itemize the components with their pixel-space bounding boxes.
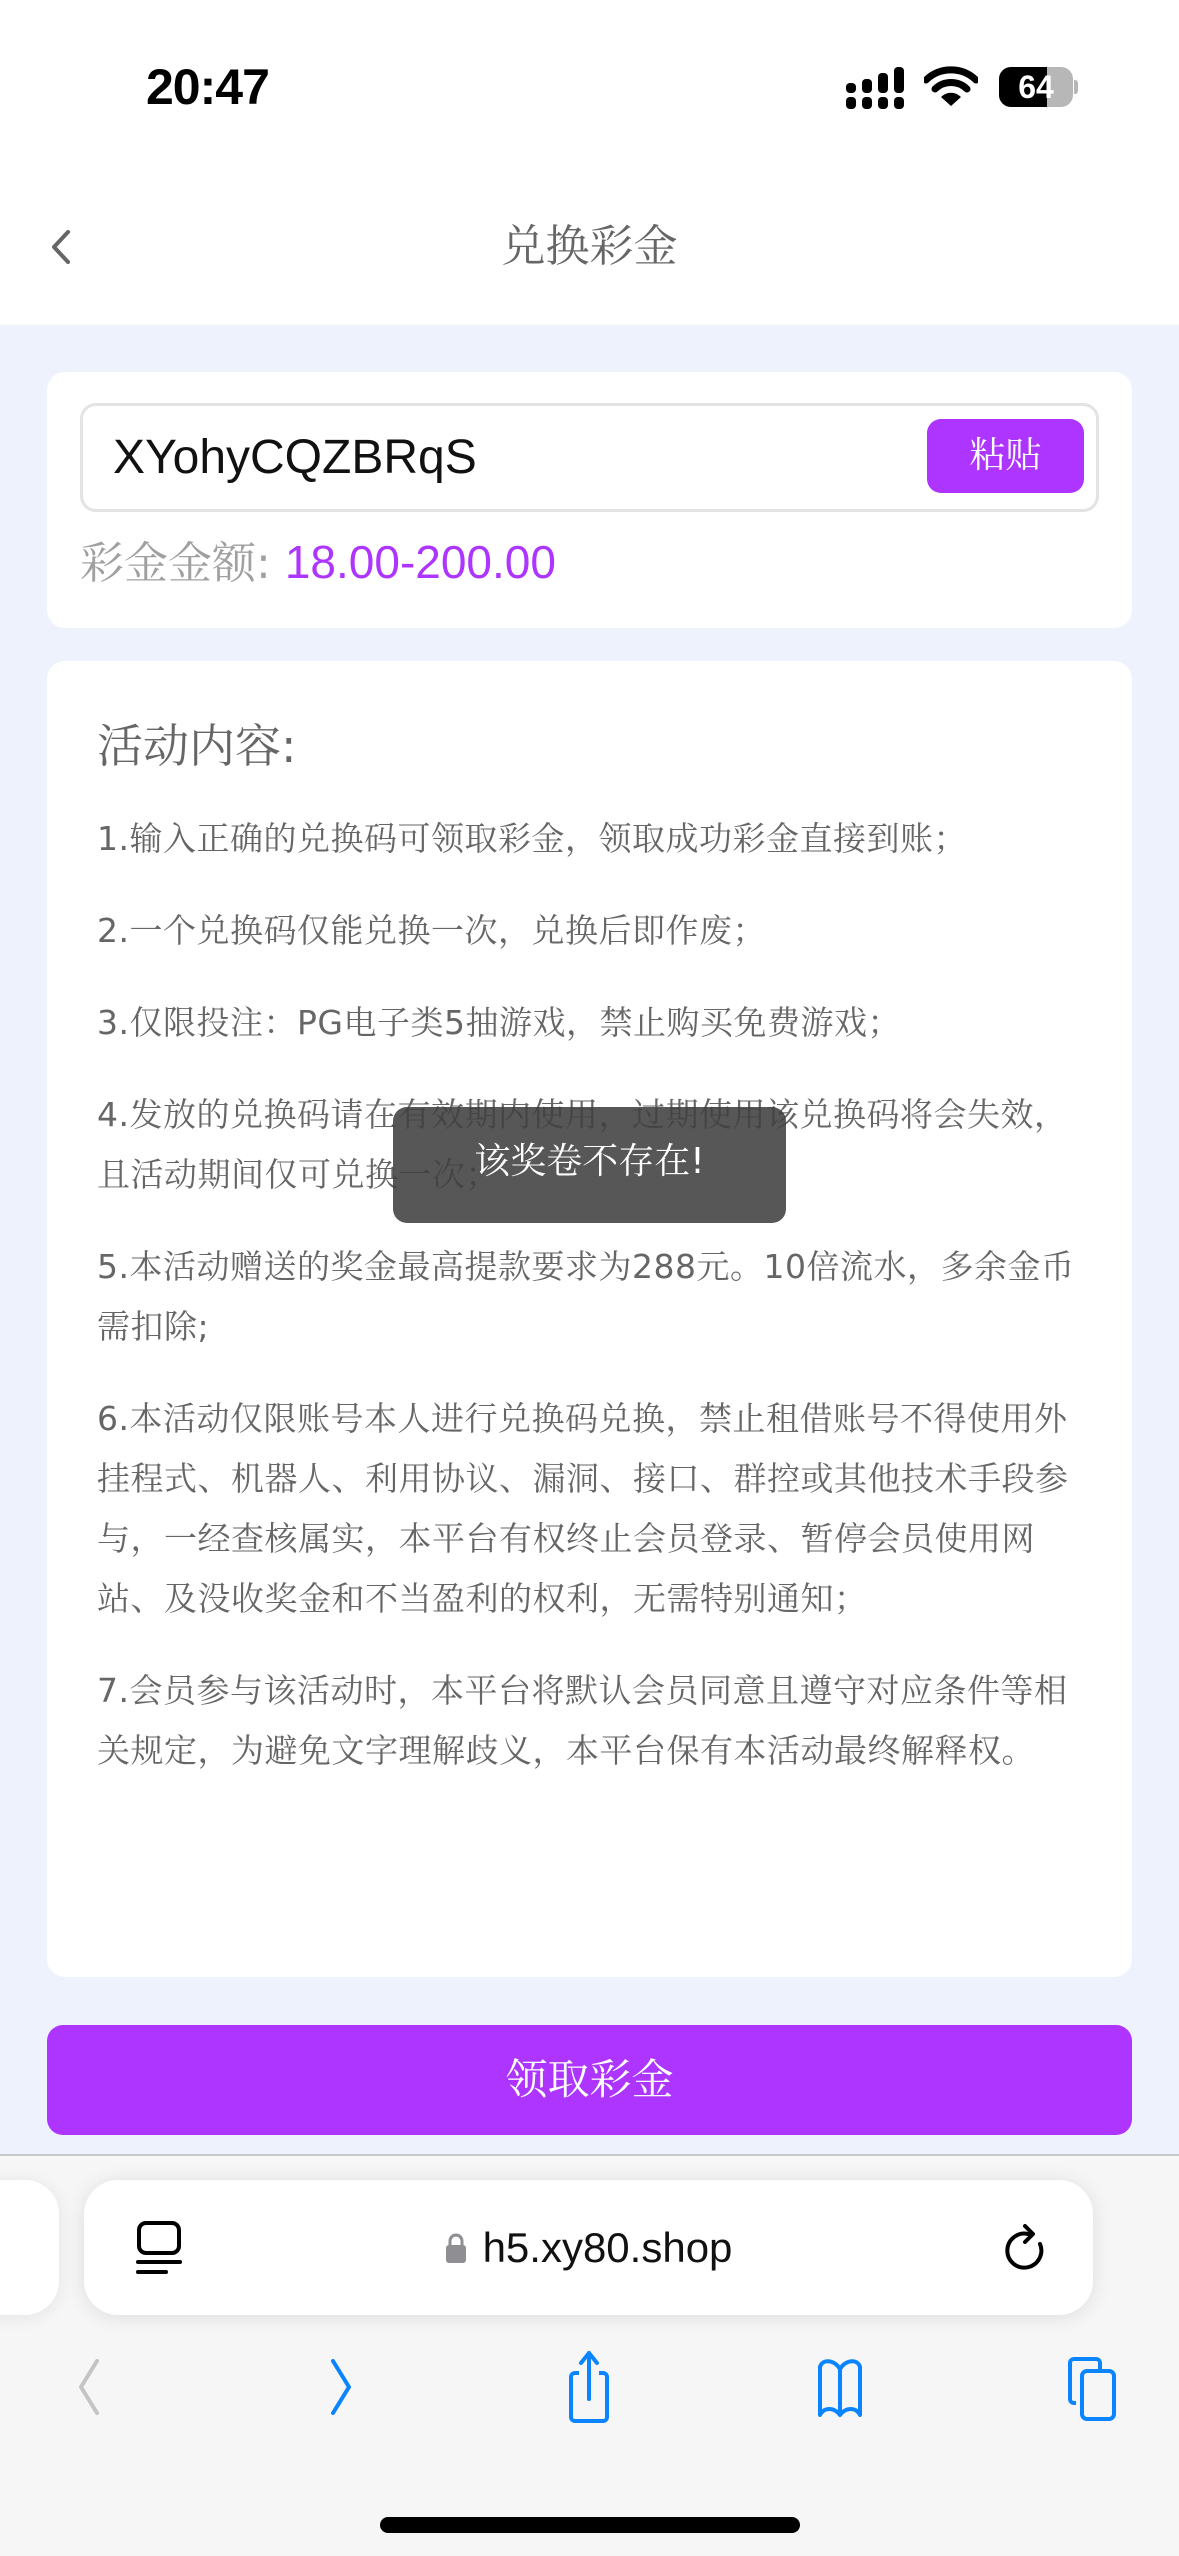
back-icon[interactable]: [47, 2347, 127, 2427]
rule-item: 5.本活动赠送的奖金最高提款要求为288元。10倍流水，多余金币需扣除;: [97, 1237, 1097, 1357]
home-indicator[interactable]: [380, 2517, 800, 2533]
bonus-amount-value: 18.00-200.00: [285, 536, 556, 588]
wifi-icon: [924, 66, 978, 108]
nav-bar: 兑换彩金: [0, 160, 1179, 325]
claim-bonus-button[interactable]: 领取彩金: [47, 2025, 1132, 2135]
rule-item: 3.仅限投注：PG电子类5抽游戏，禁止购买免费游戏；: [97, 993, 1097, 1053]
bookmarks-icon[interactable]: [800, 2347, 880, 2427]
address-bar[interactable]: h5.xy80.shop: [84, 2180, 1093, 2315]
rule-item: 7.会员参与该活动时，本平台将默认会员同意且遵守对应条件等相关规定，为避免文字理…: [97, 1661, 1097, 1781]
status-time: 20:47: [146, 58, 269, 116]
previous-tab-peek[interactable]: [0, 2180, 59, 2315]
bonus-amount-label: 彩金金额:: [80, 538, 271, 589]
rule-item: 6.本活动仅限账号本人进行兑换码兑换，禁止租借账号不得使用外挂程式、机器人、利用…: [97, 1389, 1097, 1629]
share-icon[interactable]: [549, 2347, 629, 2427]
rules-title: 活动内容:: [97, 719, 297, 773]
cellular-signal-icon: [846, 67, 906, 109]
reload-icon[interactable]: [1003, 2224, 1053, 2278]
toast: 该奖卷不存在!: [393, 1107, 786, 1223]
status-bar: 20:47 64: [0, 0, 1179, 160]
battery-percent: 64: [999, 67, 1073, 107]
rule-item: 2.一个兑换码仅能兑换一次，兑换后即作废；: [97, 901, 1097, 961]
battery-icon: 64: [999, 67, 1077, 107]
rule-item: 1.输入正确的兑换码可领取彩金，领取成功彩金直接到账；: [97, 809, 1097, 869]
paste-button[interactable]: 粘贴: [927, 419, 1084, 493]
tabs-icon[interactable]: [1052, 2347, 1132, 2427]
rules-card: 活动内容: 1.输入正确的兑换码可领取彩金，领取成功彩金直接到账； 2.一个兑换…: [47, 661, 1132, 1977]
url-text[interactable]: h5.xy80.shop: [483, 2224, 733, 2272]
redeem-code-value[interactable]: XYohyCQZBRqS: [113, 406, 477, 509]
lock-icon: [445, 2232, 467, 2264]
page-title: 兑换彩金: [0, 222, 1179, 272]
bonus-amount: 彩金金额: 18.00-200.00: [80, 532, 556, 594]
toast-message: 该奖卷不存在!: [393, 1137, 786, 1187]
redeem-code-input[interactable]: XYohyCQZBRqS 粘贴: [80, 403, 1099, 512]
redeem-card: XYohyCQZBRqS 粘贴 彩金金额: 18.00-200.00: [47, 372, 1132, 628]
forward-icon[interactable]: [303, 2347, 383, 2427]
rules-list: 1.输入正确的兑换码可领取彩金，领取成功彩金直接到账； 2.一个兑换码仅能兑换一…: [97, 809, 1097, 1813]
